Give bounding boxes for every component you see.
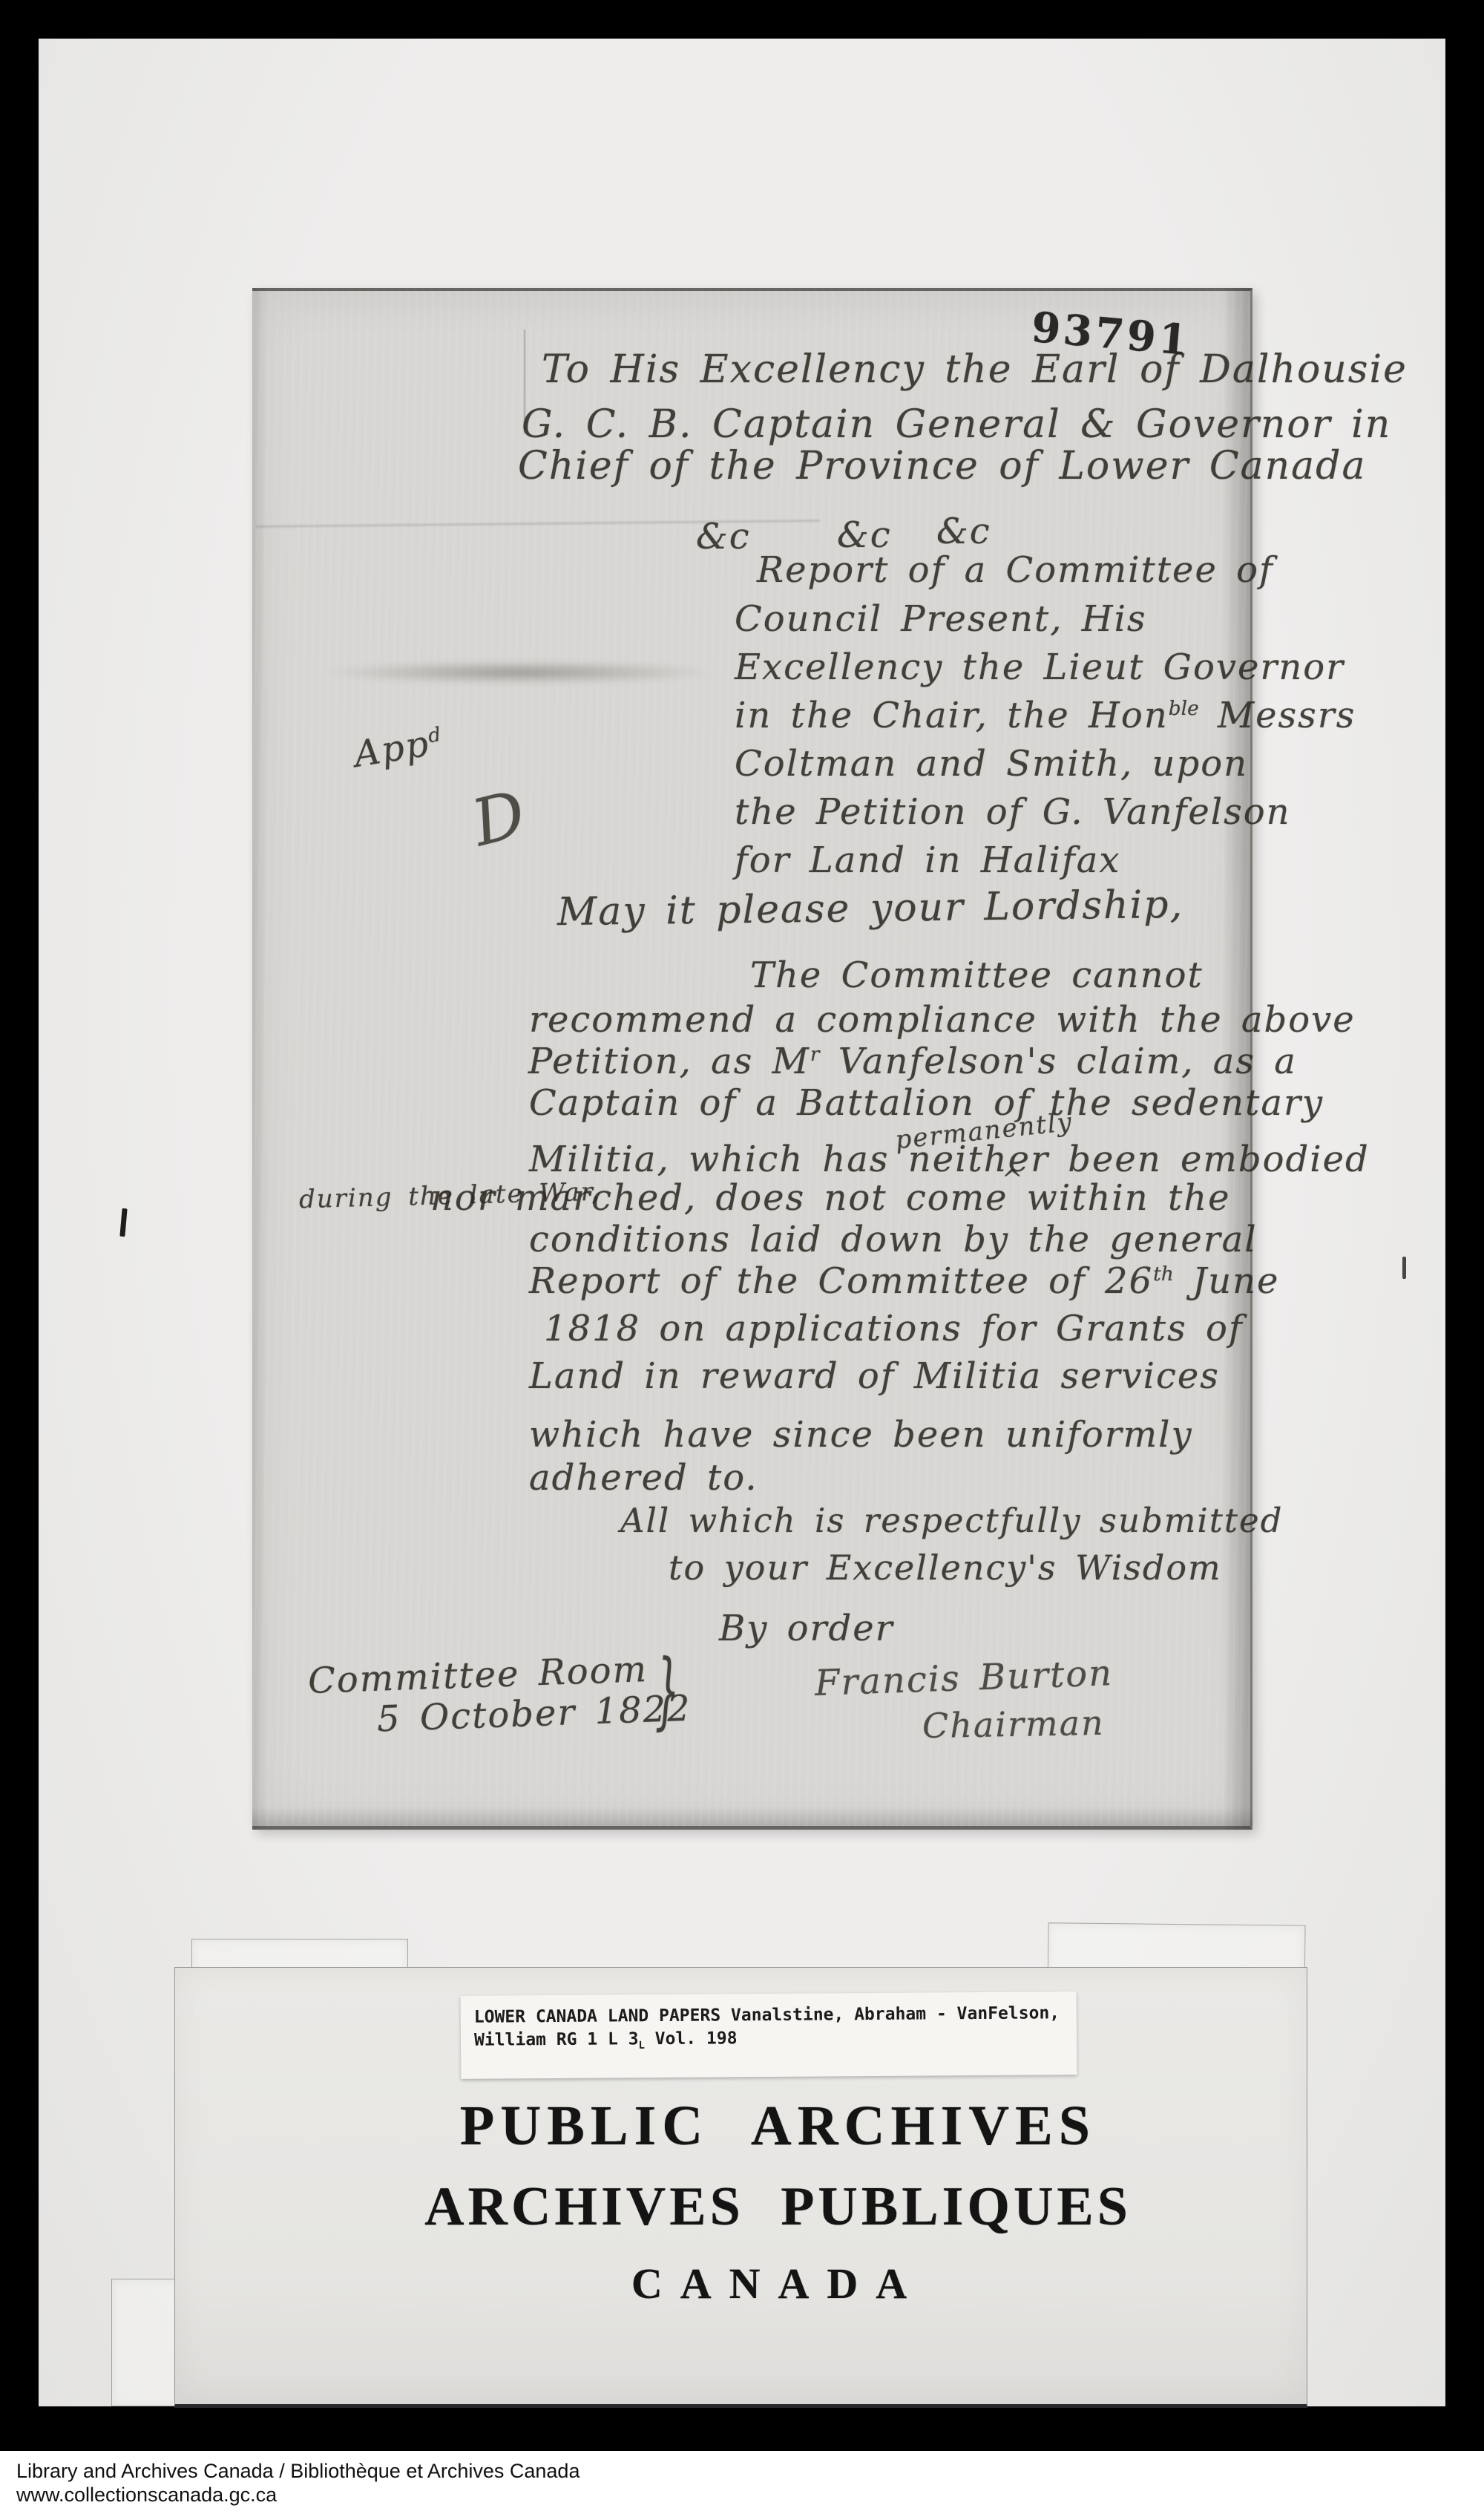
- dateline-date: 5 October 1822: [376, 1691, 692, 1738]
- text-run: Messrs: [1199, 695, 1356, 736]
- archives-card: LOWER CANADA LAND PAPERS Vanalstine, Abr…: [174, 1967, 1307, 2408]
- body-line: Militia, which has neither been embodied: [529, 1142, 1370, 1177]
- etcetera-mark: &c: [696, 519, 751, 554]
- closing-line: By order: [719, 1611, 894, 1646]
- signature: Francis Burton: [814, 1655, 1114, 1701]
- body-line: conditions laid down by the general: [529, 1222, 1258, 1257]
- heading-line: the Petition of G. Vanfelson: [735, 794, 1291, 830]
- reference-line: LOWER CANADA LAND PAPERS Vanalstine, Abr…: [474, 2002, 1077, 2029]
- approval-note: Appd: [352, 724, 444, 773]
- superscript: d: [427, 723, 443, 747]
- text-run: Report of the Committee of 26: [529, 1260, 1153, 1302]
- body-line: recommend a compliance with the above: [529, 1002, 1356, 1038]
- text-run: App: [351, 723, 433, 776]
- salutation-line: May it please your Lordship,: [557, 886, 1184, 932]
- body-line: which have since been uniformly: [529, 1417, 1193, 1453]
- heading-line: Coltman and Smith, upon: [735, 746, 1248, 782]
- address-line: G. C. B. Captain General & Governor in: [522, 405, 1391, 444]
- card-title-country: CANADA: [212, 2259, 1344, 2308]
- closing-line: All which is respectfully submitted: [620, 1504, 1283, 1537]
- typed-reference-label: LOWER CANADA LAND PAPERS Vanalstine, Abr…: [461, 1991, 1077, 2079]
- footer-url: www.collectionscanada.gc.ca: [16, 2484, 277, 2507]
- signature-title: Chairman: [922, 1706, 1105, 1743]
- card-title-english: PUBLIC ARCHIVES: [212, 2094, 1344, 2158]
- scan-artifact-right: [1402, 1257, 1406, 1279]
- body-line: Captain of a Battalion of the sedentary: [529, 1085, 1324, 1121]
- etcetera-mark: &c: [837, 517, 892, 553]
- body-line: nor marched, does not come within the: [430, 1180, 1231, 1216]
- closing-line: to your Excellency's Wisdom: [669, 1551, 1222, 1585]
- body-line: Report of the Committee of 26th June: [529, 1263, 1279, 1299]
- footer-institution-line: Library and Archives Canada / Bibliothèq…: [16, 2460, 580, 2483]
- superscript: th: [1153, 1263, 1174, 1286]
- address-line: To His Excellency the Earl of Dalhousie: [542, 350, 1408, 389]
- etcetera-mark: &c: [936, 514, 991, 549]
- scan-artifact-left: [119, 1208, 127, 1237]
- scan-area: 93791 To His Excellency the Earl of Dalh…: [39, 39, 1445, 2406]
- superscript: ble: [1169, 697, 1199, 720]
- heading-line: Excellency the Lieut Governor: [735, 649, 1345, 685]
- address-line: Chief of the Province of Lower Canada: [518, 447, 1366, 485]
- reference-line: William RG 1 L 3L Vol. 198: [474, 2025, 1077, 2058]
- ink-smudge: [323, 661, 716, 684]
- heading-line: for Land in Halifax: [735, 842, 1120, 878]
- subscript: L: [639, 2040, 645, 2052]
- text-run: Vanfelson's claim, as a: [819, 1041, 1296, 1082]
- text-run: Vol. 198: [645, 2029, 738, 2049]
- document-paper: 93791 To His Excellency the Earl of Dalh…: [252, 288, 1252, 1830]
- text-run: Petition, as M: [528, 1041, 810, 1082]
- heading-line: in the Chair, the Honble Messrs: [735, 698, 1356, 733]
- heading-line: Report of a Committee of: [757, 552, 1274, 588]
- heading-line: Council Present, His: [735, 601, 1147, 637]
- dateline-brace: }: [655, 1648, 680, 1732]
- text-run: William RG 1 L 3: [474, 2029, 639, 2050]
- body-line: 1818 on applications for Grants of: [544, 1311, 1244, 1346]
- body-line: Petition, as Mr Vanfelson's claim, as a: [528, 1044, 1297, 1079]
- scanned-archive-page: 93791 To His Excellency the Earl of Dalh…: [0, 0, 1484, 2514]
- body-line: The Committee cannot: [750, 958, 1204, 993]
- body-line: Land in reward of Militia services: [529, 1358, 1220, 1394]
- body-line: adhered to.: [529, 1460, 758, 1496]
- approval-initial: D: [467, 782, 533, 857]
- footer: Library and Archives Canada / Bibliothèq…: [0, 2451, 1484, 2514]
- superscript: r: [810, 1043, 820, 1066]
- card-title-french: ARCHIVES PUBLIQUES: [212, 2176, 1344, 2239]
- text-run: in the Chair, the Hon: [735, 695, 1169, 736]
- text-run: June: [1174, 1260, 1280, 1302]
